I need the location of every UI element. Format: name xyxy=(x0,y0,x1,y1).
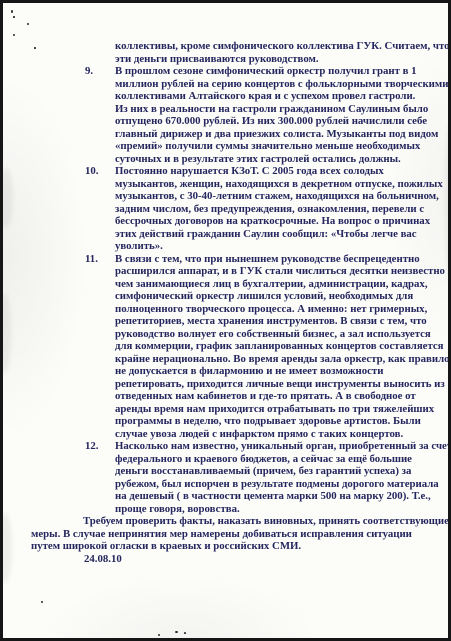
text-line: федерального и краевого бюджетов, а сейч… xyxy=(115,453,448,466)
text-line: В прошлом сезоне симфонический оркестр п… xyxy=(115,65,448,78)
item-number: 10. xyxy=(85,165,99,178)
scan-speck xyxy=(158,634,160,636)
scan-speck xyxy=(184,632,186,634)
item-number: 9. xyxy=(85,65,93,78)
text-line: аренды время нам приходится отрабатывать… xyxy=(115,403,448,416)
document-date: 24.08.10 xyxy=(84,553,448,566)
text-line: на дешевый ( в частности цемента марки 5… xyxy=(115,490,448,503)
scan-speck xyxy=(27,23,29,25)
text-line: путем широкой огласки в краевых и россий… xyxy=(31,540,448,553)
list-item: 9.В прошлом сезоне симфонический оркестр… xyxy=(3,65,448,165)
list-item: коллективы, кроме симфонического коллект… xyxy=(3,40,448,65)
text-line: Из них в реальности на гастроли граждани… xyxy=(115,103,448,116)
text-line: расширился аппарат, и в ГУК стали числит… xyxy=(115,265,448,278)
text-line: музыкантов, с 30-40-летним стажем, наход… xyxy=(115,190,448,203)
text-line: чем занимающиеся лиц в бухгалтерии, адми… xyxy=(115,278,448,291)
text-line: руководство волнует его собственный бизн… xyxy=(115,328,448,341)
text-line: главный дирижер и два приезжих солиста. … xyxy=(115,128,448,141)
scanned-document-page: коллективы, кроме симфонического коллект… xyxy=(0,0,451,641)
text-line: крайне нерационально. Во время аренды за… xyxy=(115,353,448,366)
text-line: рубежом, был испорчен в результате подме… xyxy=(115,478,448,491)
text-line: Требуем проверить факты, наказать виновн… xyxy=(83,515,448,528)
text-line: Насколько нам известно, уникальный орган… xyxy=(115,440,448,453)
text-line: Постоянно нарушается КЗоТ. С 2005 года в… xyxy=(115,165,448,178)
text-line: бессрочных договоров на краткосрочные. Н… xyxy=(115,215,448,228)
text-line: не допускается в филармонию и не имеет в… xyxy=(115,365,448,378)
text-line: программы в неделю, что подрывает здоров… xyxy=(115,415,448,428)
text-line: «премий» получили суммы значительно мень… xyxy=(115,140,448,153)
text-line: эти деньги присваиваются руководством. xyxy=(115,53,448,66)
text-line: отведенных нам кабинетов и где-то прятат… xyxy=(115,390,448,403)
text-line: для коммерции, график запланированных ко… xyxy=(115,340,448,353)
text-line: задним числом, без предупреждения, ознак… xyxy=(115,203,448,216)
text-line: репетиториев, места хранения инструменто… xyxy=(115,315,448,328)
text-line: случае увоза людей с инфарктом прямо с т… xyxy=(115,428,448,441)
item-number: 11. xyxy=(85,253,98,266)
text-line: коллективы, кроме симфонического коллект… xyxy=(115,40,448,53)
list-item: 12.Насколько нам известно, уникальный ор… xyxy=(3,440,448,515)
text-line: меры. В случае непринятия мер намерены д… xyxy=(31,528,448,541)
list-item: 10.Постоянно нарушается КЗоТ. С 2005 год… xyxy=(3,165,448,253)
text-line: музыкантов, женщин, находящихся в декрет… xyxy=(115,178,448,191)
text-line: этих действий гражданин Саулин сообщил: … xyxy=(115,228,448,241)
text-line: коллективами Алтайского края и с успехом… xyxy=(115,90,448,103)
scan-speck xyxy=(13,34,15,36)
text-line: суточных и в результате этих гастролей о… xyxy=(115,153,448,166)
text-line: В связи с тем, что при нынешнем руководс… xyxy=(115,253,448,266)
list-item: 11.В связи с тем, что при нынешнем руков… xyxy=(3,253,448,441)
scan-speck xyxy=(175,631,178,633)
text-line: симфонический оркестр лишился условий, н… xyxy=(115,290,448,303)
text-line: уволить». xyxy=(115,240,448,253)
text-line: проще говоря, воровства. xyxy=(115,503,448,516)
text-line: деньги восстанавливаемый (причем, без га… xyxy=(115,465,448,478)
text-line: отпущено 670.000 рублей. Из них 300.000 … xyxy=(115,115,448,128)
text-line: репетировать, приходится личные вещи инс… xyxy=(115,378,448,391)
text-line: полноценного творческого процесса. А име… xyxy=(115,303,448,316)
item-number: 12. xyxy=(85,440,99,453)
scan-speck xyxy=(41,601,43,603)
scan-speck xyxy=(13,16,15,18)
document-body: коллективы, кроме симфонического коллект… xyxy=(3,40,448,565)
text-line: миллион рублей на серию концертов с фоль… xyxy=(115,78,448,91)
scan-speck xyxy=(11,10,13,13)
closing-paragraph: Требуем проверить факты, наказать виновн… xyxy=(3,515,448,565)
